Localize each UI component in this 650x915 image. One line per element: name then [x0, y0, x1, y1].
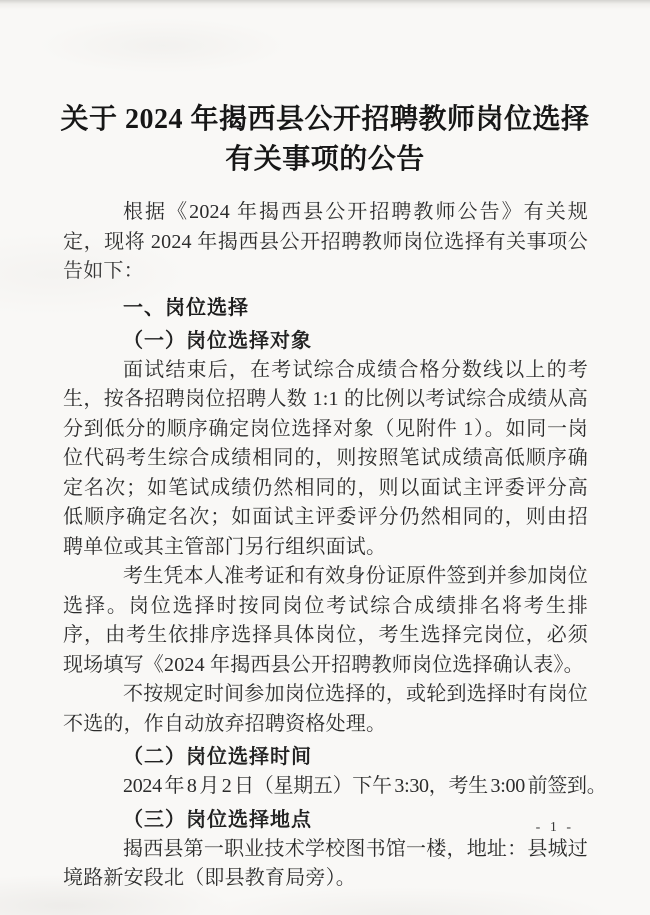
page-number: - 1 - — [536, 820, 574, 836]
paragraph-forfeit-rule: 不按规定时间参加岗位选择的，或轮到选择时有岗位不选的，作自动放弃招聘资格处理。 — [63, 680, 588, 739]
subsection-1-3-heading: （三）岗位选择地点 — [63, 805, 588, 835]
paragraph-selection-location: 揭西县第一职业技术学校图书馆一楼，地址：县城过境路新安段北（即县教育局旁）。 — [63, 835, 588, 894]
section-1-heading: 一、岗位选择 — [63, 293, 588, 323]
title-line-1: 关于 2024 年揭西县公开招聘教师岗位选择 — [40, 100, 610, 140]
subsection-1-1-heading: （一）岗位选择对象 — [63, 326, 588, 356]
paragraph-selection-rules: 面试结束后，在考试综合成绩合格分数线以上的考生，按各招聘岗位招聘人数 1:1 的… — [63, 356, 588, 563]
document-body: 根据《2024 年揭西县公开招聘教师公告》有关规定，现将 2024 年揭西县公开… — [0, 198, 650, 894]
paragraph-intro: 根据《2024 年揭西县公开招聘教师公告》有关规定，现将 2024 年揭西县公开… — [63, 198, 588, 287]
paragraph-signin-procedure: 考生凭本人准考证和有效身份证原件签到并参加岗位选择。岗位选择时按同岗位考试综合成… — [63, 562, 588, 680]
subsection-1-2-heading: （二）岗位选择时间 — [63, 742, 588, 772]
document-page: 关于 2024 年揭西县公开招聘教师岗位选择 有关事项的公告 根据《2024 年… — [0, 0, 650, 915]
document-title: 关于 2024 年揭西县公开招聘教师岗位选择 有关事项的公告 — [0, 0, 650, 180]
title-line-2: 有关事项的公告 — [40, 140, 610, 180]
paragraph-selection-time: 2024 年 8 月 2 日（星期五）下午 3:30，考生 3:00 前签到。 — [63, 772, 588, 802]
